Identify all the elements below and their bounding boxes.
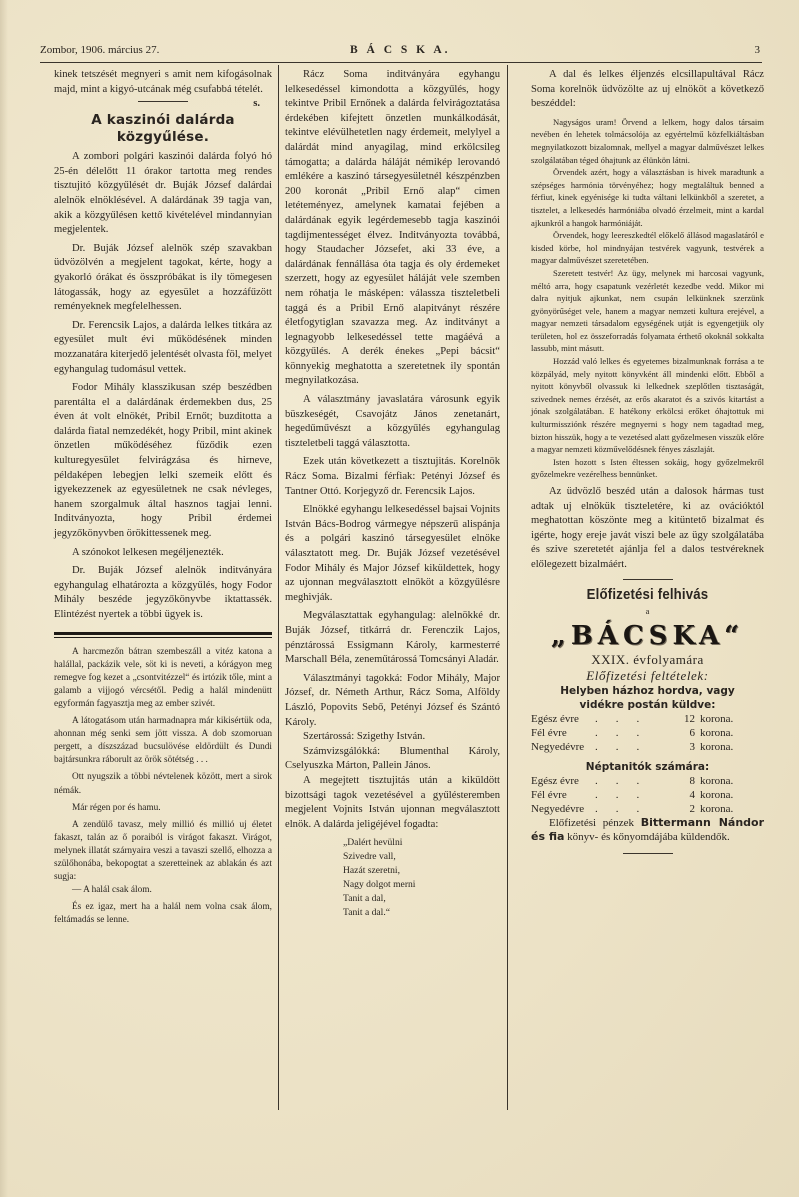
price-amount: 6 (675, 726, 700, 740)
header-rule (40, 62, 762, 63)
section-rule (623, 853, 673, 854)
double-rule-thin (54, 637, 272, 638)
column-divider-1 (278, 65, 279, 1110)
price-period: Fél évre (531, 726, 591, 740)
article-paragraph: Számvizsgálókká: Blumenthal Károly, Csel… (285, 745, 500, 774)
newspaper-title: B Á C S K A. (350, 44, 451, 56)
price-row: Negyedévre ... 3 korona. (531, 740, 764, 754)
price-period: Negyedévre (531, 802, 591, 816)
price-period: Fél évre (531, 788, 591, 802)
local-delivery-heading: Helyben házhoz hordva, vagy vidékre post… (531, 684, 764, 712)
speech-paragraph: Örvendek azért, hogy a választásban is h… (531, 166, 764, 229)
price-period: Egész évre (531, 774, 591, 788)
story-paragraph: A látogatásom után harmadnapra már kikis… (54, 715, 272, 767)
page-edge-shadow (0, 0, 8, 1197)
speech-intro: A dal és lelkes éljenzés elcsillapultáva… (531, 68, 764, 112)
price-unit: korona. (700, 740, 764, 754)
price-unit: korona. (700, 802, 764, 816)
leader-dots: ... (591, 774, 675, 788)
article-paragraph: Dr. Buják József alelnök inditványára eg… (54, 564, 272, 622)
ad-footer-prefix: Előfizetési pénzek (549, 817, 634, 829)
price-row: Fél évre ... 4 korona. (531, 788, 764, 802)
poem-line: „Dalért hevülni (343, 836, 500, 850)
leader-dots: ... (591, 802, 675, 816)
subscription-ad: Előfizetési felhivás a „BÁCSKA“ XXIX. év… (531, 588, 764, 854)
price-row: Negyedévre ... 2 korona. (531, 802, 764, 816)
story-paragraph: A zendülő tavasz, mely millió és millió … (54, 819, 272, 884)
ad-footer: Előfizetési pénzek Bittermann Nándor és … (531, 816, 764, 845)
teacher-price-table: Egész évre ... 8 korona. Fél évre ... 4 … (531, 774, 764, 816)
story-paragraph: Ott nyugszik a többi névtelenek között, … (54, 771, 272, 797)
middle-column: Rácz Soma inditványára egyhangu lelkesed… (285, 68, 500, 920)
article-paragraph: A zombori polgári kaszinói dalárda folyó… (54, 150, 272, 238)
story-paragraph: Már régen por és hamu. (54, 802, 272, 815)
poem-line: Nagy dolgot merni (343, 878, 500, 892)
article-paragraph: Dr. Ferencsik Lajos, a dalárda lelkes ti… (54, 319, 272, 377)
article-paragraph: Dr. Buják József alelnök szép szavakban … (54, 242, 272, 315)
story-paragraph: — A halál csak álom. (54, 884, 272, 897)
local-heading-line-2: vidékre postán küldve: (531, 698, 764, 712)
story-paragraph: És ez igaz, mert ha a halál nem volna cs… (54, 901, 272, 927)
article-paragraph: Szertárossá: Szigethy István. (285, 730, 500, 745)
page-header: Zombor, 1906. március 27. B Á C S K A. 3 (40, 40, 760, 64)
ad-footer-suffix: könyv- és kőnyomdájába küldendők. (567, 831, 730, 843)
local-heading-line-1: Helyben házhoz hordva, vagy (531, 684, 764, 698)
price-row: Egész évre ... 8 korona. (531, 774, 764, 788)
article-paragraph: Ezek után következett a tisztujitás. Kor… (285, 455, 500, 499)
article-paragraph: A szónokot lelkesen megéljenezték. (54, 546, 272, 561)
price-period: Egész évre (531, 712, 591, 726)
ad-title: Előfizetési felhivás (545, 588, 750, 603)
double-rule-thick (54, 632, 272, 635)
local-price-table: Egész évre ... 12 korona. Fél évre ... 6… (531, 712, 764, 754)
poem-line: Tanit a dal.“ (343, 906, 500, 920)
price-period: Negyedévre (531, 740, 591, 754)
price-amount: 2 (675, 802, 700, 816)
article-paragraph: Választmányi tagokká: Fodor Mihály, Majo… (285, 672, 500, 730)
poem-line: Hazát szeretni, (343, 864, 500, 878)
price-row: Fél évre ... 6 korona. (531, 726, 764, 740)
ad-conditions-heading: Előfizetési feltételek: (531, 669, 764, 684)
leader-dots: ... (591, 788, 675, 802)
article-paragraph: Elnökké egyhangu lelkesedéssel bajsai Vo… (285, 503, 500, 605)
headline-line-1: A kaszinói dalárda (54, 112, 272, 129)
section-rule (623, 579, 673, 580)
article-paragraph: Fodor Mihály klasszikusan szép beszédben… (54, 381, 272, 542)
price-amount: 3 (675, 740, 700, 754)
speech-paragraph: Örvendek, hogy leereszkedtél előkelő áll… (531, 229, 764, 267)
speech-paragraph: Hozzád való lelkes és egyetemes bizalmun… (531, 355, 764, 456)
price-unit: korona. (700, 774, 764, 788)
right-column: A dal és lelkes éljenzés elcsillapultáva… (531, 68, 764, 854)
article-paragraph: Megválasztattak egyhangulag: alelnökké d… (285, 609, 500, 667)
continued-text-body: kinek tetszését megnyeri s amit nem kifo… (54, 69, 272, 95)
speech-paragraph: Szeretett testvér! Az ügy, melynek mi ha… (531, 267, 764, 355)
poem-line: Tanit a dal, (343, 892, 500, 906)
ad-paper-name: „BÁCSKA“ (531, 621, 764, 651)
column-divider-2 (507, 65, 508, 1110)
continued-text: kinek tetszését megnyeri s amit nem kifo… (54, 68, 272, 97)
leader-dots: ... (591, 712, 675, 726)
left-column: kinek tetszését megnyeri s amit nem kifo… (54, 68, 272, 927)
article-headline: A kaszinói dalárda közgyűlése. (54, 112, 272, 146)
teachers-heading: Néptanitók számára: (531, 760, 764, 774)
section-rule (138, 101, 188, 102)
leader-dots: ... (591, 740, 675, 754)
price-amount: 4 (675, 788, 700, 802)
story-section: A harcmezőn bátran szembeszáll a vitéz k… (54, 646, 272, 928)
issue-date: Zombor, 1906. március 27. (40, 44, 159, 56)
speech-paragraph: Nagyságos uram! Örvend a lelkem, hogy da… (531, 116, 764, 166)
price-amount: 12 (675, 712, 700, 726)
ad-connector: a (531, 604, 764, 619)
price-amount: 8 (675, 774, 700, 788)
leader-dots: ... (591, 726, 675, 740)
price-unit: korona. (700, 712, 764, 726)
article-paragraph: A megejtett tisztujitás után a kiküldött… (285, 774, 500, 832)
article-paragraph: A választmány javaslatára városunk egyik… (285, 393, 500, 451)
speech: Nagyságos uram! Örvend a lelkem, hogy da… (531, 116, 764, 481)
ad-volume: XXIX. évfolyamára (531, 653, 764, 668)
poem-line: Szivedre vall, (343, 850, 500, 864)
price-unit: korona. (700, 726, 764, 740)
speech-paragraph: Isten hozott s Isten éltessen sokáig, ho… (531, 456, 764, 481)
article-paragraph: Rácz Soma inditványára egyhangu lelkesed… (285, 68, 500, 389)
signature: s. (253, 97, 260, 112)
headline-line-2: közgyűlése. (54, 129, 272, 146)
price-unit: korona. (700, 788, 764, 802)
closing-paragraph: Az üdvözlő beszéd után a dalosok hármas … (531, 485, 764, 573)
page-number: 3 (755, 44, 761, 56)
price-row: Egész évre ... 12 korona. (531, 712, 764, 726)
story-paragraph: A harcmezőn bátran szembeszáll a vitéz k… (54, 646, 272, 711)
motto-poem: „Dalért hevülni Szivedre vall, Hazát sze… (343, 836, 500, 920)
